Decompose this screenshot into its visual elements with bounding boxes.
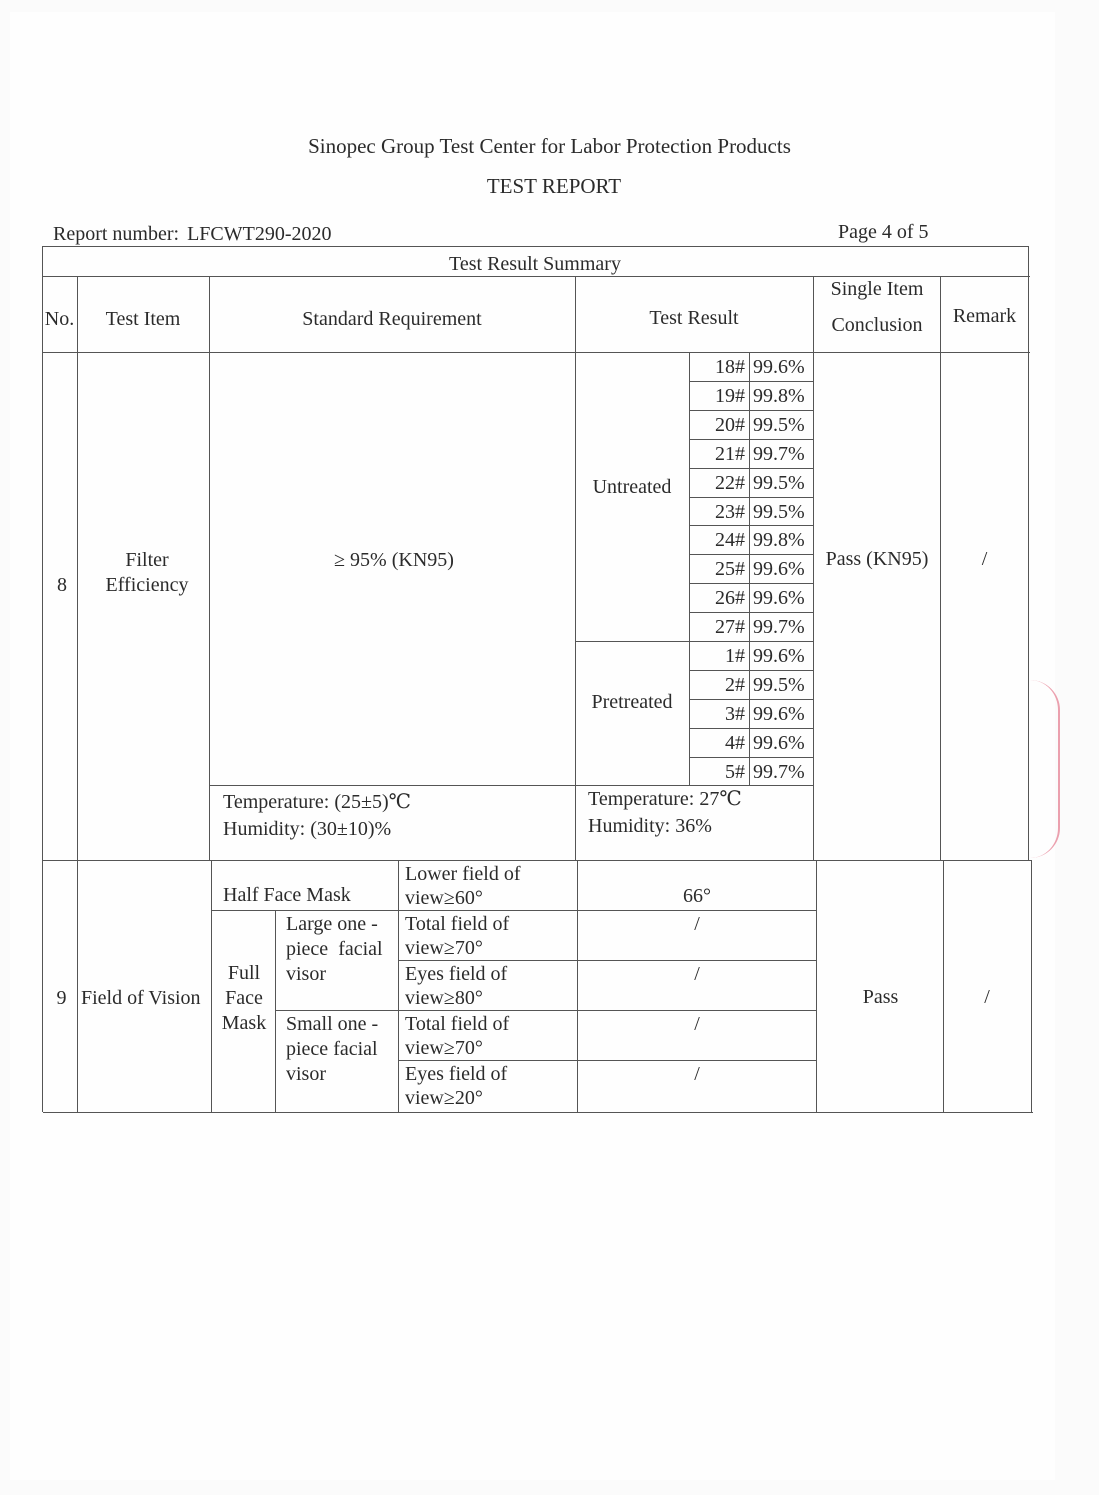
- row8-conclusion: Pass (KN95): [813, 547, 941, 571]
- sample-efficiency-value: 99.6%: [753, 557, 805, 581]
- table-rule: [398, 960, 816, 961]
- fov-result: /: [577, 1062, 817, 1086]
- group-pretreated-label: Pretreated: [575, 690, 689, 714]
- sample-efficiency-value: 99.6%: [753, 702, 805, 726]
- fov-requirement-line1: Total field of: [405, 912, 509, 936]
- col-header-standard-requirement: Standard Requirement: [209, 307, 575, 331]
- table-rule: [42, 246, 1028, 247]
- sample-efficiency-value: 99.6%: [753, 731, 805, 755]
- table-rule: [689, 757, 813, 758]
- full-face-mask-line2: Face: [212, 986, 276, 1010]
- sample-id: 5#: [689, 760, 745, 784]
- official-stamp-fragment: [1030, 680, 1060, 858]
- sample-efficiency-value: 99.5%: [753, 500, 805, 524]
- row8-item-line2: Efficiency: [77, 573, 217, 597]
- sample-id: 26#: [689, 586, 745, 610]
- sample-id: 25#: [689, 557, 745, 581]
- sample-id: 4#: [689, 731, 745, 755]
- report-number-label: Report number:: [53, 223, 179, 245]
- sample-efficiency-value: 99.5%: [753, 413, 805, 437]
- small-visor-line2: piece facial: [286, 1037, 378, 1061]
- sample-efficiency-value: 99.6%: [753, 355, 805, 379]
- fov-requirement-line2: view≥80°: [405, 986, 483, 1010]
- table-rule: [689, 554, 813, 555]
- sample-id: 3#: [689, 702, 745, 726]
- fov-requirement-line2: view≥70°: [405, 1036, 483, 1060]
- half-face-mask-label: Half Face Mask: [223, 883, 351, 907]
- table-rule: [689, 497, 813, 498]
- sample-id: 1#: [689, 644, 745, 668]
- table-rule: [689, 699, 813, 700]
- sample-id: 24#: [689, 528, 745, 552]
- row8-no: 8: [42, 573, 82, 597]
- organization-title: Sinopec Group Test Center for Labor Prot…: [0, 134, 1099, 158]
- sample-id: 2#: [689, 673, 745, 697]
- env-requirement-humidity: Humidity: (30±10)%: [223, 817, 391, 841]
- page-indicator: Page 4 of 5: [838, 220, 929, 244]
- table-rule: [211, 910, 816, 911]
- table-rule: [42, 860, 1032, 861]
- sample-id: 20#: [689, 413, 745, 437]
- table-title: Test Result Summary: [42, 252, 1028, 276]
- document-title: TEST REPORT: [0, 174, 1099, 198]
- fov-result: /: [577, 912, 817, 936]
- report-number-value: LFCWT290-2020: [187, 223, 331, 245]
- sample-id: 19#: [689, 384, 745, 408]
- row9-item: Field of Vision: [81, 986, 201, 1010]
- sample-efficiency-value: 99.7%: [753, 442, 805, 466]
- col-header-test-item: Test Item: [77, 307, 209, 331]
- sample-id: 23#: [689, 500, 745, 524]
- table-rule: [689, 670, 813, 671]
- table-rule: [689, 439, 813, 440]
- table-rule: [689, 612, 813, 613]
- fov-requirement-line2: view≥20°: [405, 1086, 483, 1110]
- large-visor-line1: Large one -: [286, 912, 378, 936]
- row8-requirement: ≥ 95% (KN95): [209, 548, 579, 572]
- row8-remark: /: [941, 547, 1028, 571]
- fov-requirement-line1: Eyes field of: [405, 962, 507, 986]
- fov-requirement-line1: Total field of: [405, 1012, 509, 1036]
- table-rule: [1028, 246, 1029, 860]
- env-result-humidity: Humidity: 36%: [588, 814, 712, 838]
- small-visor-line1: Small one -: [286, 1012, 378, 1036]
- row9-conclusion: Pass: [817, 985, 944, 1009]
- fov-result: /: [577, 962, 817, 986]
- full-face-mask-line3: Mask: [212, 1011, 276, 1035]
- env-requirement-temperature: Temperature: (25±5)℃: [223, 790, 411, 814]
- sample-id: 27#: [689, 615, 745, 639]
- table-rule: [575, 641, 813, 642]
- fov-requirement-line2: view≥60°: [405, 886, 483, 910]
- report-number: Report number:LFCWT290-2020: [53, 222, 332, 246]
- table-rule: [209, 785, 813, 786]
- table-rule: [275, 1010, 816, 1011]
- table-rule: [689, 525, 813, 526]
- table-rule: [689, 583, 813, 584]
- fov-result: /: [577, 1012, 817, 1036]
- sample-id: 21#: [689, 442, 745, 466]
- fov-requirement-line2: view≥70°: [405, 936, 483, 960]
- row8-item-line1: Filter: [77, 548, 217, 572]
- env-result-temperature: Temperature: 27℃: [588, 787, 742, 811]
- fov-requirement-line1: Eyes field of: [405, 1062, 507, 1086]
- table-rule: [689, 381, 813, 382]
- table-rule: [1031, 860, 1032, 1112]
- sample-efficiency-value: 99.6%: [753, 644, 805, 668]
- table-rule: [398, 1060, 816, 1061]
- sample-efficiency-value: 99.7%: [753, 760, 805, 784]
- sample-efficiency-value: 99.7%: [753, 615, 805, 639]
- table-rule: [42, 246, 43, 1112]
- full-face-mask-line1: Full: [212, 961, 276, 985]
- fov-requirement-line1: Lower field of: [405, 862, 521, 886]
- sample-efficiency-value: 99.8%: [753, 528, 805, 552]
- table-rule: [398, 860, 399, 1112]
- table-rule: [42, 352, 1030, 353]
- sample-efficiency-value: 99.8%: [753, 384, 805, 408]
- large-visor-line2: piece facial: [286, 937, 383, 961]
- fov-result: 66°: [577, 884, 817, 908]
- large-visor-line3: visor: [286, 962, 326, 986]
- small-visor-line3: visor: [286, 1062, 326, 1086]
- group-untreated-label: Untreated: [575, 475, 689, 499]
- col-header-conclusion-2: Conclusion: [813, 313, 941, 337]
- row9-no: 9: [44, 986, 79, 1010]
- sample-id: 18#: [689, 355, 745, 379]
- sample-efficiency-value: 99.5%: [753, 471, 805, 495]
- table-rule: [689, 728, 813, 729]
- row9-remark: /: [944, 985, 1030, 1009]
- col-header-no: No.: [42, 307, 77, 331]
- table-rule: [749, 352, 750, 785]
- table-rule: [43, 1112, 1033, 1113]
- col-header-conclusion-1: Single Item: [813, 277, 941, 301]
- sample-efficiency-value: 99.5%: [753, 673, 805, 697]
- sample-id: 22#: [689, 471, 745, 495]
- table-rule: [689, 410, 813, 411]
- col-header-remark: Remark: [941, 304, 1028, 328]
- sample-efficiency-value: 99.6%: [753, 586, 805, 610]
- table-rule: [689, 468, 813, 469]
- col-header-test-result: Test Result: [575, 306, 813, 330]
